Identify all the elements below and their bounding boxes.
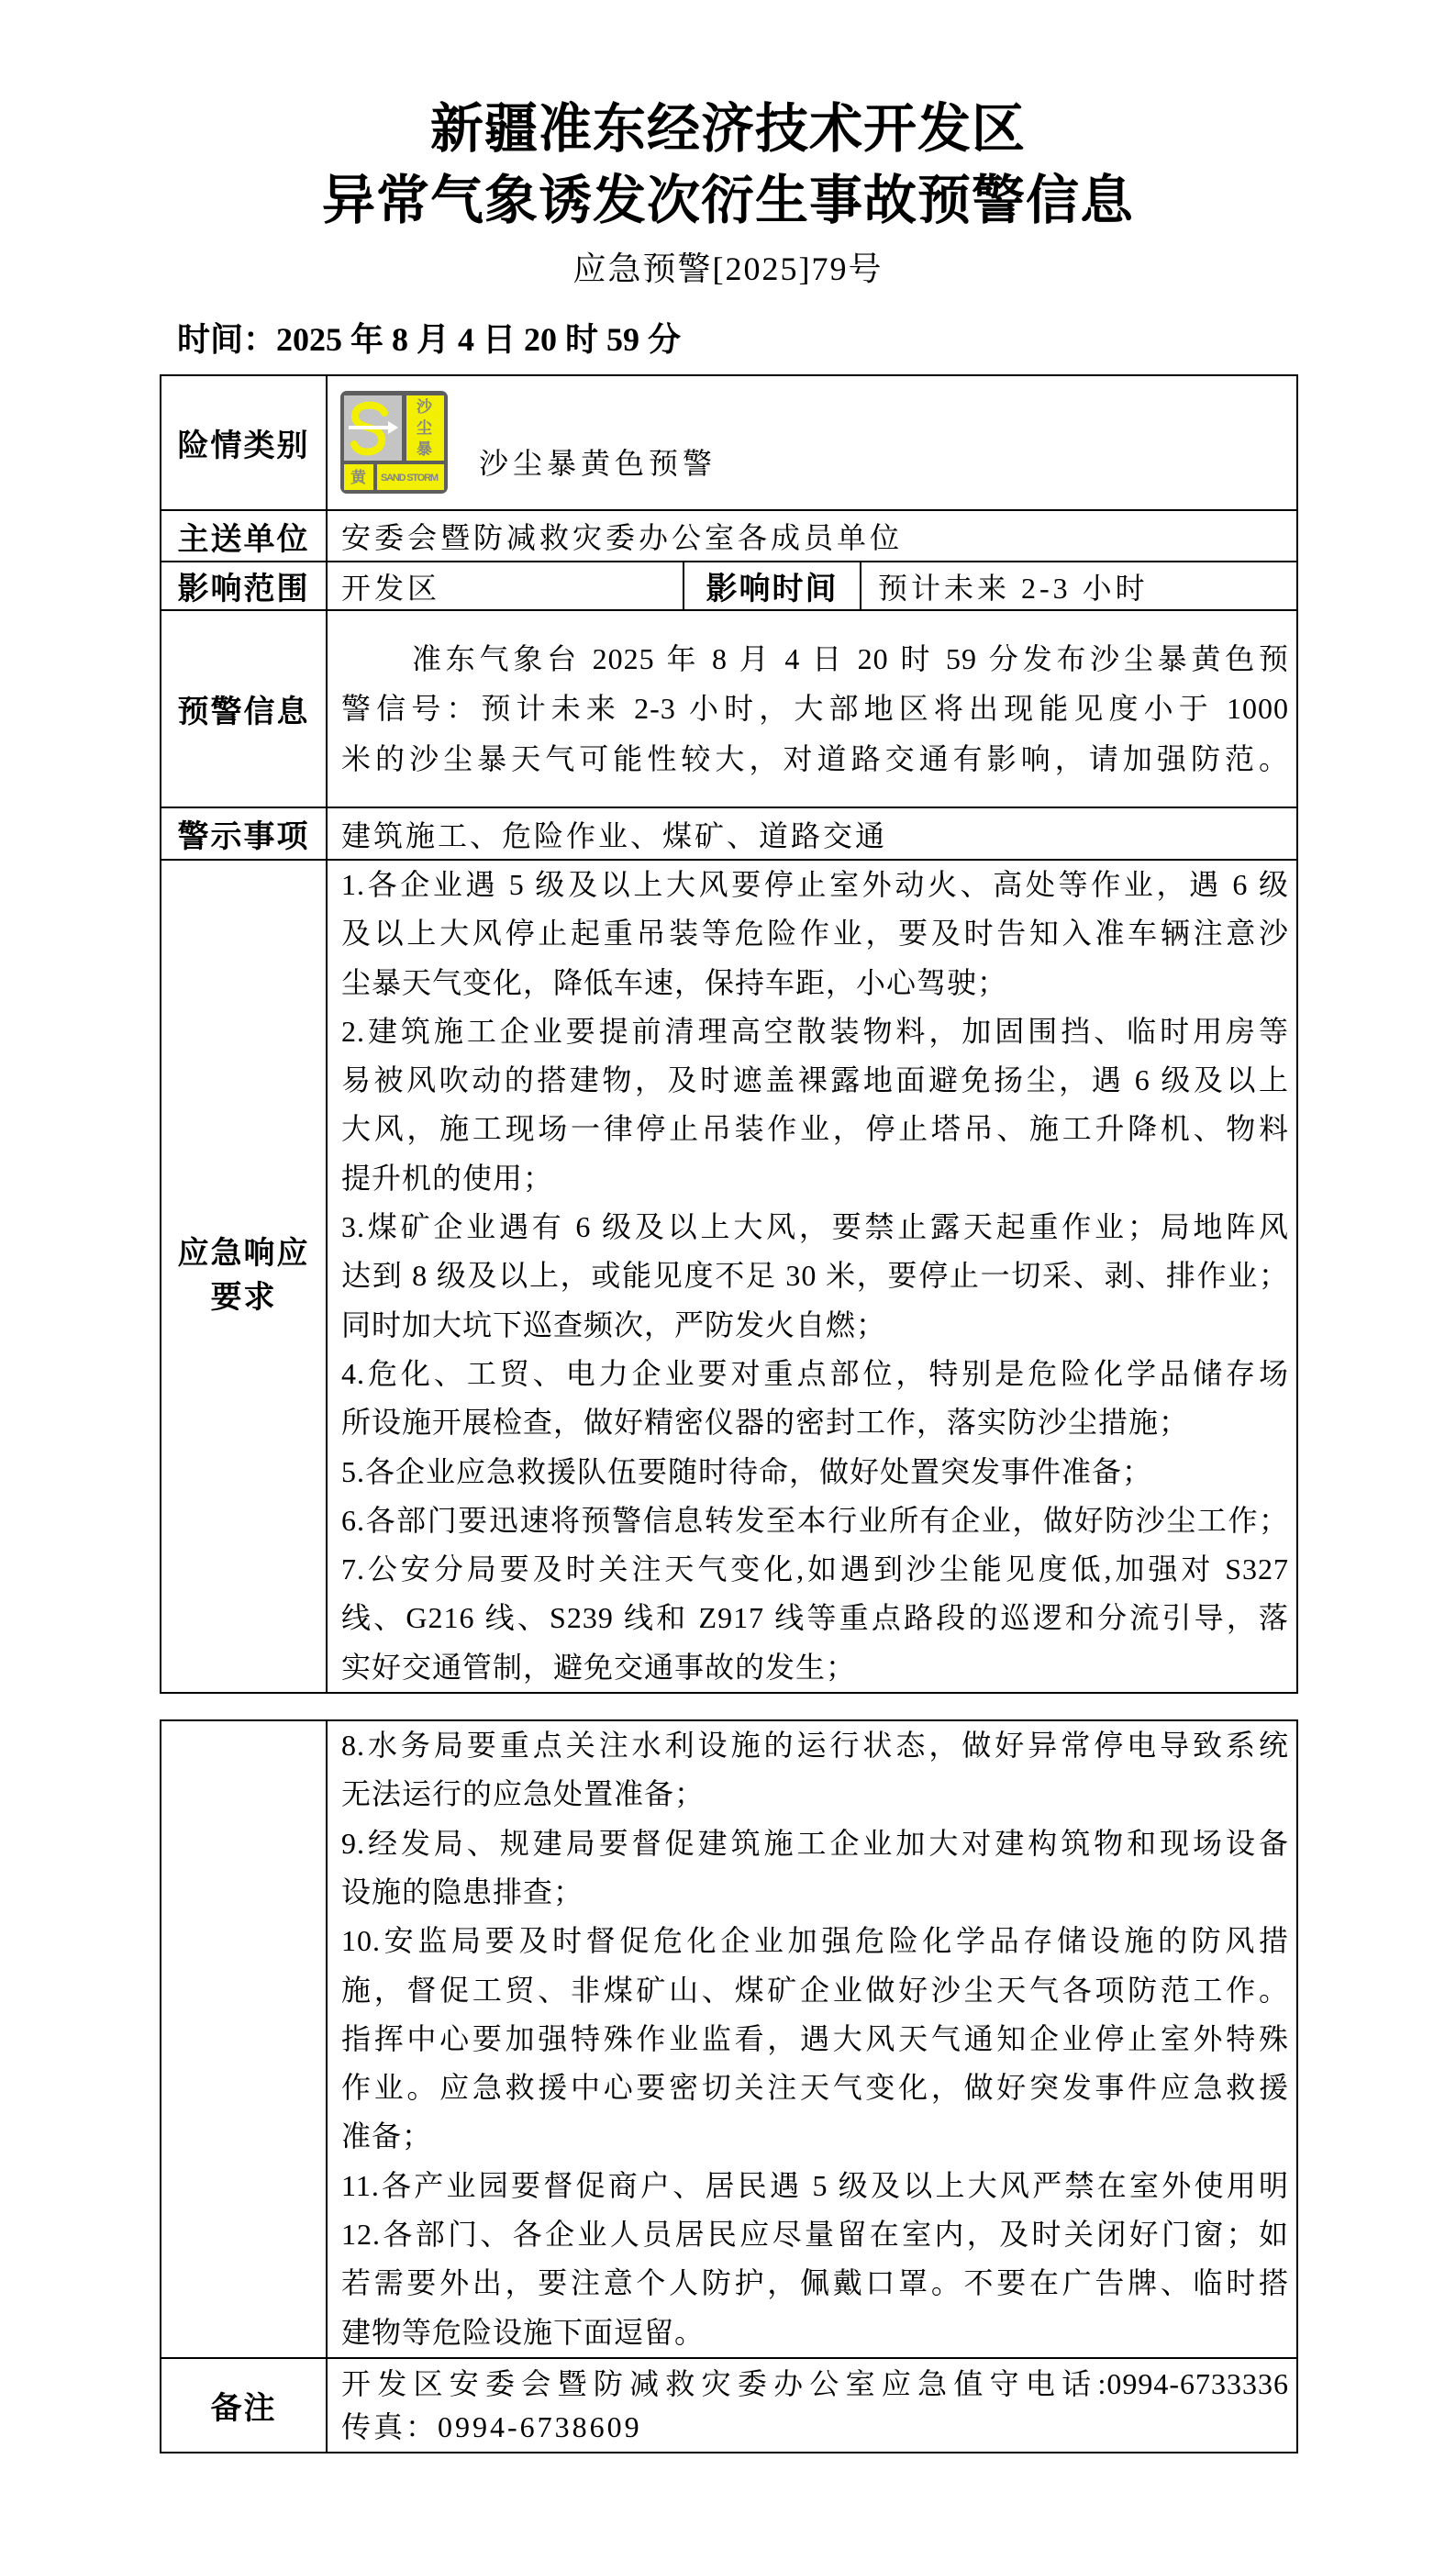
scope-label-cell: 影响范围 [161,562,327,610]
remarks-value-cell: 开发区安委会暨防减救灾委办公室应急值守电话:0994-6733336 传真：09… [327,2358,1297,2453]
response-item-7: 7.公安分局要及时关注天气变化,如遇到沙尘能见度低,加强对 S327 线、G21… [341,1545,1289,1692]
response-label-cell: 应急响应 要求 [161,860,327,1693]
response-label-line-2: 要求 [161,1276,326,1320]
response-label-cell-empty [161,1720,327,2358]
icon-zh-char-2: 尘 [417,418,433,437]
response-line: 无法运行的应急处置准备； [341,1770,1289,1819]
scope-value: 开发区 [341,572,440,605]
warning-table: 险情类别 沙 尘 暴 黄 [160,374,1298,1694]
response-line: 达到 8 级及以上，或能见度不足 30 米，要停止一切采、剥、排作业； [341,1252,1289,1300]
icon-zh-char-3: 暴 [417,439,433,458]
hazard-type-label-cell: 险情类别 [161,375,327,510]
response-line: 7.公安分局要及时关注天气变化,如遇到沙尘能见度低,加强对 S327 [341,1545,1289,1594]
response-line: 12.各部门、各企业人员居民应尽量留在室内，及时关闭好门窗；如 [341,2210,1289,2259]
duration-value: 预计未来 2-3 小时 [878,572,1149,605]
response-line: 1.各企业遇 5 级及以上大风要停止室外动火、高处等作业，遇 6 级 [341,861,1289,909]
row-recipient: 主送单位 安委会暨防减救灾委办公室各成员单位 [161,510,1297,562]
response-item-2: 2.建筑施工企业要提前清理高空散装物料，加固围挡、临时用房等 易被风吹动的搭建物… [341,1007,1289,1203]
response-line: 实好交通管制，避免交通事故的发生； [341,1643,1289,1692]
duration-value-cell: 预计未来 2-3 小时 [861,562,1297,610]
response-line: 4.危化、工贸、电力企业要对重点部位，特别是危险化学品储存场 [341,1350,1289,1398]
warning-info-line: 米的沙尘暴天气可能性较大，对道路交通有影响，请加强防范。 [341,734,1289,784]
response-line: 8.水务局要重点关注水利设施的运行状态，做好异常停电导致系统 [341,1721,1289,1770]
duration-label-cell: 影响时间 [684,562,861,610]
document-number: 应急预警[2025]79号 [0,249,1456,289]
remarks-fax: 传真：0994-6738609 [341,2406,1289,2449]
hazard-type-label: 险情类别 [178,429,310,463]
recipient-value: 安委会暨防减救灾委办公室各成员单位 [341,521,903,554]
response-line: 2.建筑施工企业要提前清理高空散装物料，加固围挡、临时用房等 [341,1007,1289,1056]
warning-info-label-cell: 预警信息 [161,610,327,807]
row-scope-duration: 影响范围 开发区 影响时间 预计未来 2-3 小时 [161,562,1297,610]
row-response-requirements-continued: 8.水务局要重点关注水利设施的运行状态，做好异常停电导致系统 无法运行的应急处置… [161,1720,1297,2358]
response-line: 施，督促工贸、非煤矿山、煤矿企业做好沙尘天气各项防范工作。 [341,1966,1289,2015]
response-line: 11.各产业园要督促商户、居民遇 5 级及以上大风严禁在室外使用明火； [341,2162,1289,2210]
response-item-12: 12.各部门、各企业人员居民应尽量留在室内，及时关闭好门窗；如 若需要外出，要注… [341,2210,1289,2357]
caution-value: 建筑施工、危险作业、煤矿、道路交通 [341,819,887,852]
response-item-10: 10.安监局要及时督促危化企业加强危险化学品存储设施的防风措 施，督促工贸、非煤… [341,1917,1289,2161]
response-line: 及以上大风停止起重吊装等危险作业，要及时告知入准车辆注意沙 [341,909,1289,958]
recipient-value-cell: 安委会暨防减救灾委办公室各成员单位 [327,510,1297,562]
document-title: 新疆准东经济技术开发区 异常气象诱发次衍生事故预警信息 [0,93,1456,236]
response-item-11: 11.各产业园要督促商户、居民遇 5 级及以上大风严禁在室外使用明火； [341,2162,1289,2210]
response-line: 易被风吹动的搭建物，及时遮盖裸露地面避免扬尘，遇 6 级及以上 [341,1056,1289,1105]
row-hazard-type: 险情类别 沙 尘 暴 黄 [161,375,1297,510]
recipient-label: 主送单位 [178,523,310,557]
warning-info-label: 预警信息 [178,695,310,729]
warning-document-page: 新疆准东经济技术开发区 异常气象诱发次衍生事故预警信息 应急预警[2025]79… [0,0,1456,2559]
scope-value-cell: 开发区 [327,562,684,610]
remarks-label: 备注 [211,2392,277,2426]
row-warning-info: 预警信息 准东气象台 2025 年 8 月 4 日 20 时 59 分发布沙尘暴… [161,610,1297,807]
response-items-cell-continued: 8.水务局要重点关注水利设施的运行状态，做好异常停电导致系统 无法运行的应急处置… [327,1720,1297,2358]
response-line: 大风，施工现场一律停止吊装作业，停止塔吊、施工升降机、物料 [341,1105,1289,1153]
icon-zh-char-1: 沙 [417,397,433,416]
response-item-5: 5.各企业应急救援队伍要随时待命，做好处置突发事件准备； [341,1448,1289,1496]
duration-label: 影响时间 [706,573,839,606]
response-line: 若需要外出，要注意个人防护，佩戴口罩。不要在广告牌、临时搭 [341,2259,1289,2308]
response-line: 准备； [341,2112,1289,2161]
response-line: 建物等危险设施下面逗留。 [341,2309,1289,2357]
response-line: 指挥中心要加强特殊作业监看，遇大风天气通知企业停止室外特殊 [341,2015,1289,2064]
warning-table-continued: 8.水务局要重点关注水利设施的运行状态，做好异常停电导致系统 无法运行的应急处置… [160,1719,1298,2453]
response-line: 10.安监局要及时督促危化企业加强危险化学品存储设施的防风措 [341,1917,1289,1965]
icon-english-name: SAND STORM [381,473,439,484]
hazard-type-box: 沙 尘 暴 黄 SAND STORM 沙尘暴黄色预警 [328,376,1296,509]
issue-time: 时间：2025 年 8 月 4 日 20 时 59 分 [177,319,681,360]
caution-label: 警示事项 [178,820,310,854]
row-response-requirements: 应急响应 要求 1.各企业遇 5 级及以上大风要停止室外动火、高处等作业，遇 6… [161,860,1297,1693]
response-line: 作业。应急救援中心要密切关注天气变化，做好突发事件应急救援 [341,2064,1289,2112]
response-items-cell: 1.各企业遇 5 级及以上大风要停止室外动火、高处等作业，遇 6 级 及以上大风… [327,860,1297,1693]
title-line-2: 异常气象诱发次衍生事故预警信息 [0,164,1456,236]
scope-label: 影响范围 [178,573,310,606]
response-item-8: 8.水务局要重点关注水利设施的运行状态，做好异常停电导致系统 无法运行的应急处置… [341,1721,1289,1819]
warning-info-line: 准东气象台 2025 年 8 月 4 日 20 时 59 分发布沙尘暴黄色预 [341,634,1289,684]
response-item-4: 4.危化、工贸、电力企业要对重点部位，特别是危险化学品储存场 所设施开展检查，做… [341,1350,1289,1448]
response-line: 提升机的使用； [341,1154,1289,1203]
hazard-type-value: 沙尘暴黄色预警 [479,445,717,482]
remarks-label-cell: 备注 [161,2358,327,2453]
remarks-duty-phone: 开发区安委会暨防减救灾委办公室应急值守电话:0994-6733336 [341,2363,1289,2406]
response-line: 线、G216 线、S239 线和 Z917 线等重点路段的巡逻和分流引导，落 [341,1594,1289,1642]
row-remarks: 备注 开发区安委会暨防减救灾委办公室应急值守电话:0994-6733336 传真… [161,2358,1297,2453]
sandstorm-yellow-warning-icon: 沙 尘 暴 黄 SAND STORM [340,391,448,494]
response-line: 5.各企业应急救援队伍要随时待命，做好处置突发事件准备； [341,1448,1289,1496]
response-item-9: 9.经发局、规建局要督促建筑施工企业加大对建构筑物和现场设备 设施的隐患排查； [341,1819,1289,1918]
warning-info-text-cell: 准东气象台 2025 年 8 月 4 日 20 时 59 分发布沙尘暴黄色预 警… [327,610,1297,807]
icon-level-char: 黄 [350,469,367,486]
caution-value-cell: 建筑施工、危险作业、煤矿、道路交通 [327,807,1297,860]
row-caution: 警示事项 建筑施工、危险作业、煤矿、道路交通 [161,807,1297,860]
response-label-line-1: 应急响应 [161,1232,326,1276]
response-item-3: 3.煤矿企业遇有 6 级及以上大风，要禁止露天起重作业；局地阵风 达到 8 级及… [341,1203,1289,1350]
response-line: 设施的隐患排查； [341,1868,1289,1917]
recipient-label-cell: 主送单位 [161,510,327,562]
response-line: 3.煤矿企业遇有 6 级及以上大风，要禁止露天起重作业；局地阵风 [341,1203,1289,1252]
response-item-6: 6.各部门要迅速将预警信息转发至本行业所有企业，做好防沙尘工作； [341,1496,1289,1545]
response-line: 9.经发局、规建局要督促建筑施工企业加大对建构筑物和现场设备 [341,1819,1289,1868]
title-line-1: 新疆准东经济技术开发区 [0,93,1456,164]
response-line: 同时加大坑下巡查频次，严防发火自燃； [341,1301,1289,1350]
response-line: 6.各部门要迅速将预警信息转发至本行业所有企业，做好防沙尘工作； [341,1496,1289,1545]
response-item-1: 1.各企业遇 5 级及以上大风要停止室外动火、高处等作业，遇 6 级 及以上大风… [341,861,1289,1007]
response-line: 所设施开展检查，做好精密仪器的密封工作，落实防沙尘措施； [341,1398,1289,1447]
hazard-type-value-cell: 沙 尘 暴 黄 SAND STORM 沙尘暴黄色预警 [327,375,1297,510]
response-line: 尘暴天气变化，降低车速，保持车距，小心驾驶； [341,959,1289,1007]
warning-info-line: 警信号：预计未来 2-3 小时，大部地区将出现能见度小于 1000 [341,684,1289,734]
caution-label-cell: 警示事项 [161,807,327,860]
